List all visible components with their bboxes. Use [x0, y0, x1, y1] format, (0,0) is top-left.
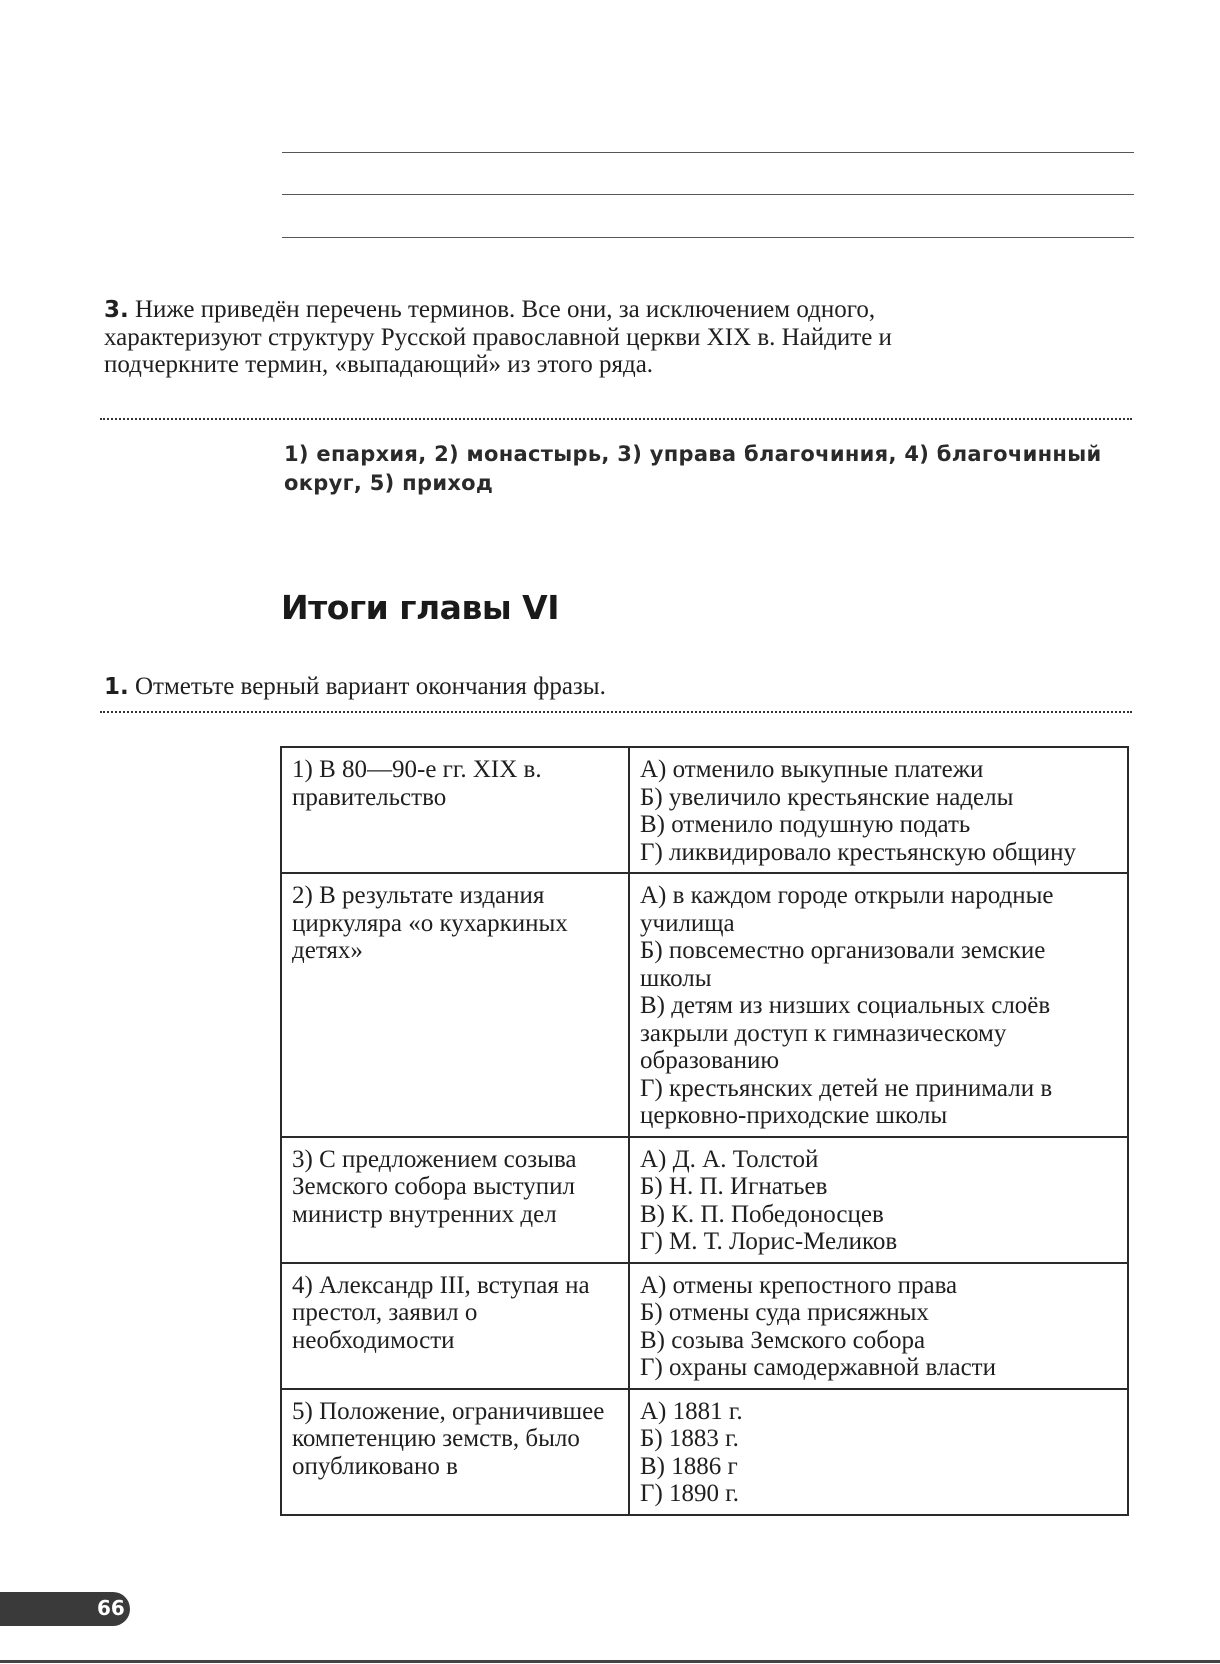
answer-option[interactable]: Б) Н. П. Игнатьев: [640, 1173, 1119, 1201]
answer-option[interactable]: Б) повсеместно организовали земские школ…: [640, 937, 1119, 992]
table-row: 5) Положение, ограничившее компетенцию з…: [281, 1389, 1128, 1515]
table-row: 1) В 80—90-е гг. XIX в. правительствоА) …: [281, 747, 1128, 873]
question-cell: 4) Александр III, вступая на престол, за…: [281, 1263, 629, 1389]
task-3: 3. Ниже приведён перечень терминов. Все …: [104, 296, 964, 378]
quiz-table: 1) В 80—90-е гг. XIX в. правительствоА) …: [280, 746, 1129, 1516]
table-row: 3) С предложением созыва Земского собора…: [281, 1137, 1128, 1263]
options-cell: А) Д. А. ТолстойБ) Н. П. ИгнатьевВ) К. П…: [629, 1137, 1128, 1263]
dotted-divider: [100, 711, 1132, 713]
answer-option[interactable]: Б) отмены суда присяжных: [640, 1299, 1119, 1327]
task-1-number: 1.: [104, 674, 129, 700]
table-row: 4) Александр III, вступая на престол, за…: [281, 1263, 1128, 1389]
answer-option[interactable]: А) в каждом городе открыли народные учил…: [640, 882, 1119, 937]
answer-line[interactable]: [282, 237, 1134, 238]
question-cell: 2) В результате издания циркуляра «о кух…: [281, 873, 629, 1137]
answer-option[interactable]: Г) М. Т. Лорис-Меликов: [640, 1228, 1119, 1256]
answer-option[interactable]: Г) ликвидировало крестьянскую общину: [640, 839, 1119, 867]
answer-line[interactable]: [282, 194, 1134, 195]
answer-option[interactable]: А) отмены крепостного права: [640, 1272, 1119, 1300]
answer-option[interactable]: Г) крестьянских детей не принимали в цер…: [640, 1075, 1119, 1130]
task-1-text: Отметьте верный вариант окончания фразы.: [135, 673, 606, 700]
options-cell: А) 1881 г.Б) 1883 г.В) 1886 гГ) 1890 г.: [629, 1389, 1128, 1515]
options-cell: А) в каждом городе открыли народные учил…: [629, 873, 1128, 1137]
answer-option[interactable]: В) созыва Земского собора: [640, 1327, 1119, 1355]
answer-option[interactable]: Г) 1890 г.: [640, 1480, 1119, 1508]
section-heading: Итоги главы VI: [281, 588, 559, 627]
options-cell: А) отмены крепостного праваБ) отмены суд…: [629, 1263, 1128, 1389]
answer-line[interactable]: [282, 152, 1134, 153]
task-3-terms[interactable]: 1) епархия, 2) монастырь, 3) управа благ…: [284, 440, 1134, 498]
page-bottom-rule: [0, 1660, 1220, 1663]
question-cell: 5) Положение, ограничившее компетенцию з…: [281, 1389, 629, 1515]
answer-option[interactable]: А) 1881 г.: [640, 1398, 1119, 1426]
answer-option[interactable]: В) отменило подушную подать: [640, 811, 1119, 839]
table-row: 2) В результате издания циркуляра «о кух…: [281, 873, 1128, 1137]
answer-option[interactable]: А) Д. А. Толстой: [640, 1146, 1119, 1174]
options-cell: А) отменило выкупные платежиБ) увеличило…: [629, 747, 1128, 873]
answer-option[interactable]: А) отменило выкупные платежи: [640, 756, 1119, 784]
answer-option[interactable]: В) детям из низших социальных слоёв закр…: [640, 992, 1119, 1075]
task-3-text: Ниже приведён перечень терминов. Все они…: [104, 296, 892, 378]
page-number: 66: [97, 1596, 125, 1620]
question-cell: 3) С предложением созыва Земского собора…: [281, 1137, 629, 1263]
dotted-divider: [100, 418, 1132, 420]
answer-option[interactable]: Г) охраны самодержавной власти: [640, 1354, 1119, 1382]
task-1: 1. Отметьте верный вариант окончания фра…: [104, 673, 1004, 701]
answer-option[interactable]: В) 1886 г: [640, 1453, 1119, 1481]
answer-option[interactable]: Б) 1883 г.: [640, 1425, 1119, 1453]
answer-option[interactable]: Б) увеличило крестьянские наделы: [640, 784, 1119, 812]
question-cell: 1) В 80—90-е гг. XIX в. правительство: [281, 747, 629, 873]
answer-option[interactable]: В) К. П. Победоносцев: [640, 1201, 1119, 1229]
task-3-number: 3.: [104, 297, 129, 323]
